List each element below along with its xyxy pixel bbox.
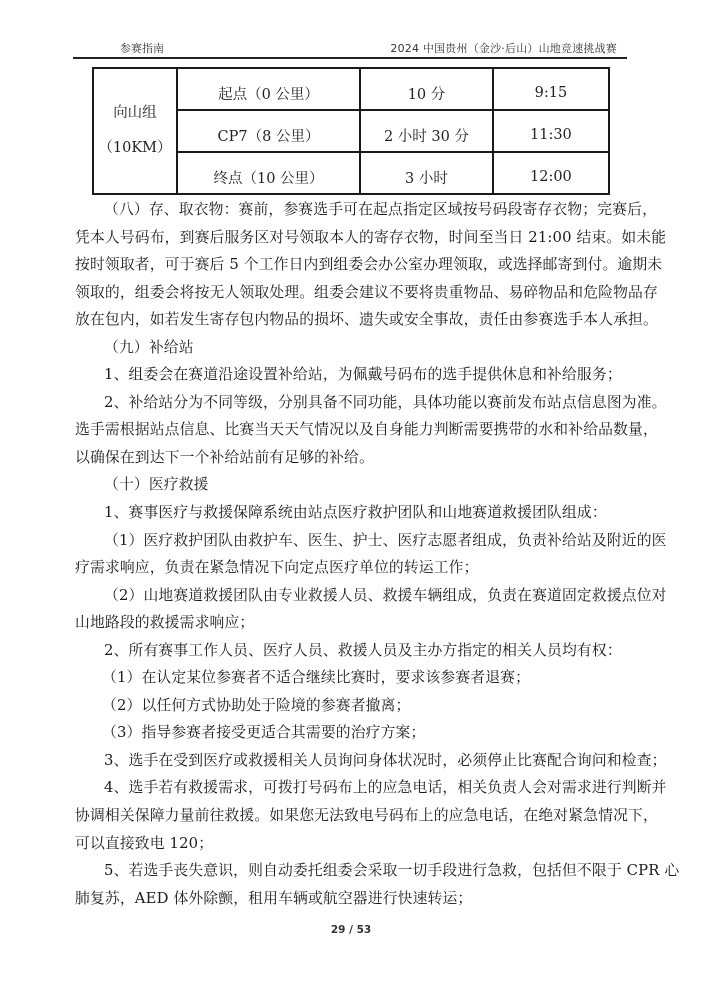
header-divider xyxy=(73,57,627,59)
cutoff-time-cell: 11:30 xyxy=(493,110,609,152)
paragraph-line: 1、赛事医疗与救援保障系统由站点医疗救护团队和山地赛道救援团队组成： xyxy=(75,499,627,527)
paragraph-line: 5、若选手丧失意识，则自动委托组委会采取一切手段进行急救，包括但不限于 CPR … xyxy=(75,857,627,885)
cutoff-time-cell: 9:15 xyxy=(493,68,609,110)
group-cell: 向山组 （10KM） xyxy=(93,68,177,194)
cutoff-time-value: 12:00 xyxy=(530,169,572,185)
group-name: 向山组 xyxy=(94,96,176,131)
paragraph-line: 协调相关保障力量前往救援。如果您无法致电号码布上的应急电话，在绝对紧急情况下， xyxy=(75,802,627,830)
group-distance: （10KM） xyxy=(94,131,176,166)
schedule-table: 向山组 （10KM） 起点（0 公里） 10 分 9:15 CP7（8 公里） … xyxy=(92,67,610,195)
list-item: （1）在认定某位参赛者不适合继续比赛时，要求该参赛者退赛； xyxy=(75,664,627,692)
page-header: 参赛指南 2024 中国贵州（金沙·后山）山地竞速挑战赛 xyxy=(73,38,627,58)
list-item: （3）指导参赛者接受更适合其需要的治疗方案； xyxy=(75,719,627,747)
table-row: 向山组 （10KM） 起点（0 公里） 10 分 9:15 xyxy=(93,68,609,110)
section-heading: （十）医疗救援 xyxy=(75,471,627,499)
time-limit-value: 2 小时 30 分 xyxy=(384,129,469,145)
paragraph-line: 凭本人号码布，到赛后服务区对号领取本人的寄存衣物，时间至当日 21:00 结束。… xyxy=(75,224,627,252)
paragraph-line: 2、补给站分为不同等级，分别具备不同功能，具体功能以赛前发布站点信息图为准。 xyxy=(75,389,627,417)
paragraph-line: 肺复苏，AED 体外除颤，租用车辆或航空器进行快速转运； xyxy=(75,885,627,913)
paragraph-line: 选手需根据站点信息、比赛当天天气情况以及自身能力判断需要携带的水和补给品数量， xyxy=(75,416,627,444)
paragraph-line: 以确保在到达下一个补给站前有足够的补给。 xyxy=(75,444,627,472)
checkpoint-cell: 起点（0 公里） xyxy=(177,68,360,110)
cutoff-time-value: 9:15 xyxy=(535,85,568,101)
guide-title: 参赛指南 xyxy=(120,40,164,56)
time-limit-cell: 3 小时 xyxy=(360,152,493,194)
event-title: 2024 中国贵州（金沙·后山）山地竞速挑战赛 xyxy=(390,40,617,56)
section-heading: （九）补给站 xyxy=(75,334,627,362)
paragraph-line: 领取的，组委会将按无人领取处理。组委会建议不要将贵重物品、易碎物品和危险物品存 xyxy=(75,279,627,307)
list-item: （2）以任何方式协助处于险境的参赛者撤离； xyxy=(75,692,627,720)
time-limit-cell: 10 分 xyxy=(360,68,493,110)
paragraph-line: 疗需求响应，负责在紧急情况下向定点医疗单位的转运工作； xyxy=(75,554,627,582)
paragraph-line: 3、选手在受到医疗或救援相关人员询问身体状况时，必须停止比赛配合询问和检查； xyxy=(75,747,627,775)
paragraph-line: 可以直接致电 120； xyxy=(75,830,627,858)
paragraph-line: 放在包内，如若发生寄存包内物品的损坏、遗失或安全事故，责任由参赛选手本人承担。 xyxy=(75,306,627,334)
paragraph-line: （2）山地赛道救援团队由专业救援人员、救援车辆组成，负责在赛道固定救援点位对 xyxy=(75,582,627,610)
page-number: 29 / 53 xyxy=(0,924,702,936)
paragraph-line: 1、组委会在赛道沿途设置补给站，为佩戴号码布的选手提供休息和补给服务； xyxy=(75,361,627,389)
cutoff-time-cell: 12:00 xyxy=(493,152,609,194)
paragraph-line: 4、选手若有救援需求，可拨打号码布上的应急电话，相关负责人会对需求进行判断并 xyxy=(75,774,627,802)
checkpoint-label: CP7（8 公里） xyxy=(218,129,320,145)
paragraph-line: （八）存、取衣物：赛前，参赛选手可在起点指定区域按号码段寄存衣物；完赛后， xyxy=(75,196,627,224)
cutoff-time-value: 11:30 xyxy=(530,127,572,143)
paragraph-line: （1）医疗救护团队由救护车、医生、护士、医疗志愿者组成，负责补给站及附近的医 xyxy=(75,527,627,555)
checkpoint-cell: CP7（8 公里） xyxy=(177,110,360,152)
body-text: （八）存、取衣物：赛前，参赛选手可在起点指定区域按号码段寄存衣物；完赛后， 凭本… xyxy=(75,196,627,912)
time-limit-value: 3 小时 xyxy=(405,171,448,187)
time-limit-value: 10 分 xyxy=(408,87,446,103)
checkpoint-label: 起点（0 公里） xyxy=(218,87,319,103)
paragraph-line: 山地路段的救援需求响应； xyxy=(75,609,627,637)
time-limit-cell: 2 小时 30 分 xyxy=(360,110,493,152)
checkpoint-label: 终点（10 公里） xyxy=(213,171,323,187)
paragraph-line: 2、所有赛事工作人员、医疗人员、救援人员及主办方指定的相关人员均有权： xyxy=(75,637,627,665)
checkpoint-cell: 终点（10 公里） xyxy=(177,152,360,194)
paragraph-line: 按时领取者，可于赛后 5 个工作日内到组委会办公室办理领取，或选择邮寄到付。逾期… xyxy=(75,251,627,279)
